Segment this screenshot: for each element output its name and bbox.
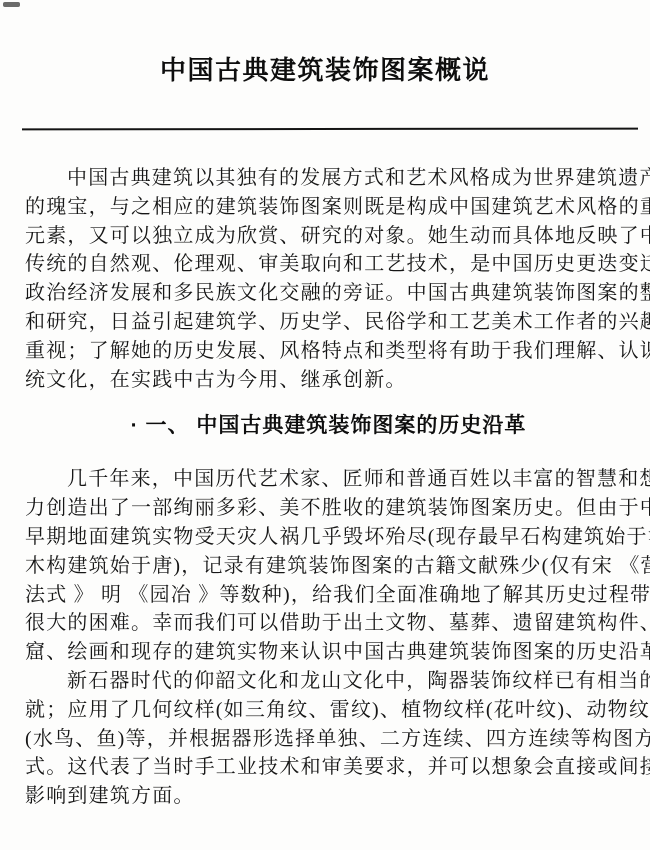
text-line: 影响到建筑方面。	[25, 782, 632, 811]
intro-paragraphs: 中国古典建筑以其独有的发展方式和艺术风格成为世界建筑遗产中的瑰宝，与之相应的建筑…	[25, 164, 632, 394]
paragraph: 新石器时代的仰韶文化和龙山文化中，陶器装饰纹样已有相当的成就；应用了几何纹样(如…	[25, 667, 632, 811]
document-body: 中国古典建筑以其独有的发展方式和艺术风格成为世界建筑遗产中的瑰宝，与之相应的建筑…	[25, 164, 632, 811]
section-paragraphs: 几千年来，中国历代艺术家、匠师和普通百姓以丰富的智慧和想象力创造出了一部绚丽多彩…	[25, 441, 632, 811]
section-heading: · 一、 中国古典建筑装饰图案的历史沿革	[25, 394, 632, 441]
text-line: 传统的自然观、伦理观、审美取向和工艺技术，是中国历史更迭变迁、	[25, 250, 632, 279]
text-line: 力创造出了一部绚丽多彩、美不胜收的建筑装饰图案历史。但由于中国	[25, 494, 632, 523]
text-line: 很大的困难。幸而我们可以借助于出土文物、墓葬、遗留建筑构件、石	[25, 609, 632, 638]
text-line: 中国古典建筑以其独有的发展方式和艺术风格成为世界建筑遗产中	[25, 164, 632, 193]
text-line: 的瑰宝，与之相应的建筑装饰图案则既是构成中国建筑艺术风格的重要	[25, 193, 632, 222]
text-line: 新石器时代的仰韶文化和龙山文化中，陶器装饰纹样已有相当的成	[25, 667, 632, 696]
text-line: 几千年来，中国历代艺术家、匠师和普通百姓以丰富的智慧和想象	[25, 465, 632, 494]
text-line: 和研究，日益引起建筑学、历史学、民俗学和工艺美术工作者的兴趣和	[25, 308, 632, 337]
text-line: 政治经济发展和多民族文化交融的旁证。中国古典建筑装饰图案的整理	[25, 279, 632, 308]
text-line: 窟、绘画和现存的建筑实物来认识中国古典建筑装饰图案的历史沿革。	[25, 638, 632, 667]
scan-artifact	[3, 2, 20, 7]
text-line: 重视；了解她的历史发展、风格特点和类型将有助于我们理解、认识传	[25, 337, 632, 366]
text-line: 木构建筑始于唐)，记录有建筑装饰图案的古籍文献殊少(仅有宋 《营造	[25, 552, 632, 581]
text-line: 就；应用了几何纹样(如三角纹、雷纹)、植物纹样(花叶纹)、动物纹样	[25, 696, 632, 725]
text-line: 元素，又可以独立成为欣赏、研究的对象。她生动而具体地反映了中国	[25, 222, 632, 251]
text-line: 式。这代表了当时手工业技术和审美要求，并可以想象会直接或间接地	[25, 753, 632, 782]
text-line: 早期地面建筑实物受天灾人祸几乎毁坏殆尽(现存最早石构建筑始于汉，	[25, 523, 632, 552]
title-divider	[22, 128, 638, 131]
paragraph: 几千年来，中国历代艺术家、匠师和普通百姓以丰富的智慧和想象力创造出了一部绚丽多彩…	[25, 465, 632, 667]
page-title: 中国古典建筑装饰图案概说	[0, 0, 650, 87]
text-line: (水鸟、鱼)等，并根据器形选择单独、二方连续、四方连续等构图方	[25, 725, 632, 754]
text-line: 统文化，在实践中古为今用、继承创新。	[25, 366, 632, 395]
text-line: 法式 》 明 《园冶 》等数种)，给我们全面准确地了解其历史过程带来了	[25, 581, 632, 610]
book-page: 中国古典建筑装饰图案概说 中国古典建筑以其独有的发展方式和艺术风格成为世界建筑遗…	[0, 0, 650, 850]
paragraph: 中国古典建筑以其独有的发展方式和艺术风格成为世界建筑遗产中的瑰宝，与之相应的建筑…	[25, 164, 632, 394]
